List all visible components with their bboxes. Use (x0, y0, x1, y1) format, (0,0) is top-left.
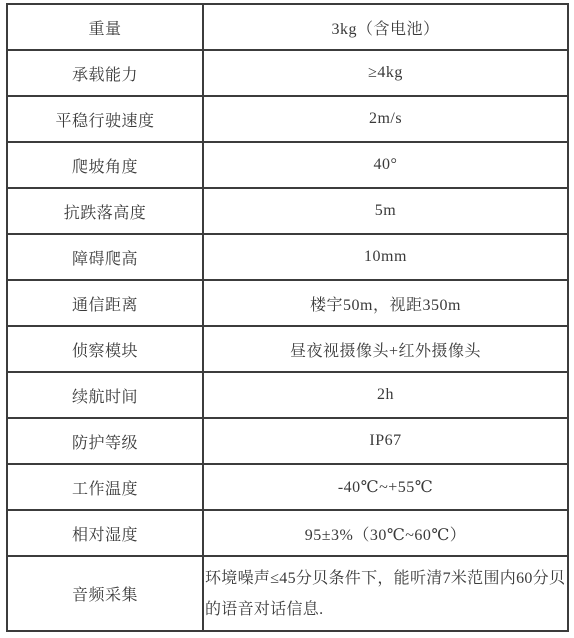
row-value-load-capacity: ≥4kg (203, 50, 568, 96)
row-label-load-capacity: 承载能力 (7, 50, 203, 96)
row-label-recon-module: 侦察模块 (7, 326, 203, 372)
row-value-recon-module: 昼夜视摄像头+红外摄像头 (203, 326, 568, 372)
row-label-climb-angle: 爬坡角度 (7, 142, 203, 188)
row-value-protection-rating: IP67 (203, 418, 568, 464)
row-label-comm-distance: 通信距离 (7, 280, 203, 326)
row-label-audio-capture: 音频采集 (7, 556, 203, 631)
row-label-drop-height: 抗跌落高度 (7, 188, 203, 234)
row-value-obstacle-height: 10mm (203, 234, 568, 280)
row-value-climb-angle: 40° (203, 142, 568, 188)
row-label-relative-humidity: 相对湿度 (7, 510, 203, 556)
row-value-speed: 2m/s (203, 96, 568, 142)
table-row-load-capacity: 承载能力 ≥4kg (7, 50, 568, 96)
table-row-obstacle-height: 障碍爬高 10mm (7, 234, 568, 280)
table-row-protection-rating: 防护等级 IP67 (7, 418, 568, 464)
table-row-comm-distance: 通信距离 楼宇50m，视距350m (7, 280, 568, 326)
spec-sheet-page: 重量 3kg（含电池） 承载能力 ≥4kg 平稳行驶速度 2m/s 爬坡角度 4… (0, 0, 574, 632)
table-row-drop-height: 抗跌落高度 5m (7, 188, 568, 234)
table-row-weight: 重量 3kg（含电池） (7, 4, 568, 50)
row-value-weight: 3kg（含电池） (203, 4, 568, 50)
row-label-operating-temp: 工作温度 (7, 464, 203, 510)
table-row-endurance: 续航时间 2h (7, 372, 568, 418)
row-label-weight: 重量 (7, 4, 203, 50)
row-value-endurance: 2h (203, 372, 568, 418)
table-row-speed: 平稳行驶速度 2m/s (7, 96, 568, 142)
row-label-protection-rating: 防护等级 (7, 418, 203, 464)
table-row-relative-humidity: 相对湿度 95±3%（30℃~60℃） (7, 510, 568, 556)
table-row-operating-temp: 工作温度 -40℃~+55℃ (7, 464, 568, 510)
table-row-audio-capture: 音频采集 环境噪声≤45分贝条件下，能听清7米范围内60分贝的语音对话信息. (7, 556, 568, 631)
spec-table: 重量 3kg（含电池） 承载能力 ≥4kg 平稳行驶速度 2m/s 爬坡角度 4… (6, 3, 569, 632)
table-row-climb-angle: 爬坡角度 40° (7, 142, 568, 188)
row-label-obstacle-height: 障碍爬高 (7, 234, 203, 280)
row-value-relative-humidity: 95±3%（30℃~60℃） (203, 510, 568, 556)
row-value-operating-temp: -40℃~+55℃ (203, 464, 568, 510)
table-row-recon-module: 侦察模块 昼夜视摄像头+红外摄像头 (7, 326, 568, 372)
row-value-comm-distance: 楼宇50m，视距350m (203, 280, 568, 326)
row-label-endurance: 续航时间 (7, 372, 203, 418)
row-label-speed: 平稳行驶速度 (7, 96, 203, 142)
row-value-audio-capture: 环境噪声≤45分贝条件下，能听清7米范围内60分贝的语音对话信息. (203, 556, 568, 631)
row-value-drop-height: 5m (203, 188, 568, 234)
